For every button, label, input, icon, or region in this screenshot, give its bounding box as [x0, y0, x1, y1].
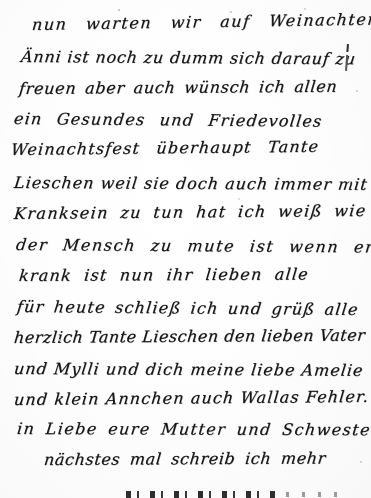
- handwritten-line: und klein Annchen auch Wallas Fehler.: [13, 386, 370, 411]
- cutoff-text-fragment: [126, 491, 276, 498]
- handwritten-line: krank ist nun ihr lieben alle: [18, 263, 310, 287]
- handwritten-line: herzlich Tante Lieschen den lieben Vater: [13, 325, 366, 349]
- handwritten-line: Lieschen weil sie doch auch immer mit: [13, 172, 369, 196]
- handwritten-line: Weinachtsfest überhaupt Tante: [10, 136, 320, 161]
- cutoff-text-fragment-faint: [286, 492, 346, 497]
- handwritten-line: nächstes mal schreib ich mehr: [43, 448, 327, 471]
- handwritten-line: ein Gesundes und Friedevolles: [13, 108, 324, 133]
- handwritten-line: für heute schließ ich und grüß alle: [16, 296, 360, 321]
- handwritten-line: Änni ist noch zu dumm sich darauf zu: [20, 46, 357, 70]
- scanned-letter-page: nun warten wir auf Weinachten Änni ist n…: [0, 0, 371, 498]
- handwritten-line: Kranksein zu tun hat ich weiß wie: [13, 200, 368, 225]
- handwritten-line: in Liebe eure Mutter und Schwester: [16, 418, 371, 441]
- handwritten-line: der Mensch zu mute ist wenn er: [15, 234, 371, 258]
- handwritten-line: und Mylli und dich meine liebe Amelie: [13, 358, 365, 382]
- scan-noise-specks: [118, 9, 120, 11]
- handwritten-line: nun warten wir auf Weinachten: [31, 9, 371, 36]
- handwritten-line: freuen aber auch wünsch ich allen: [18, 76, 339, 100]
